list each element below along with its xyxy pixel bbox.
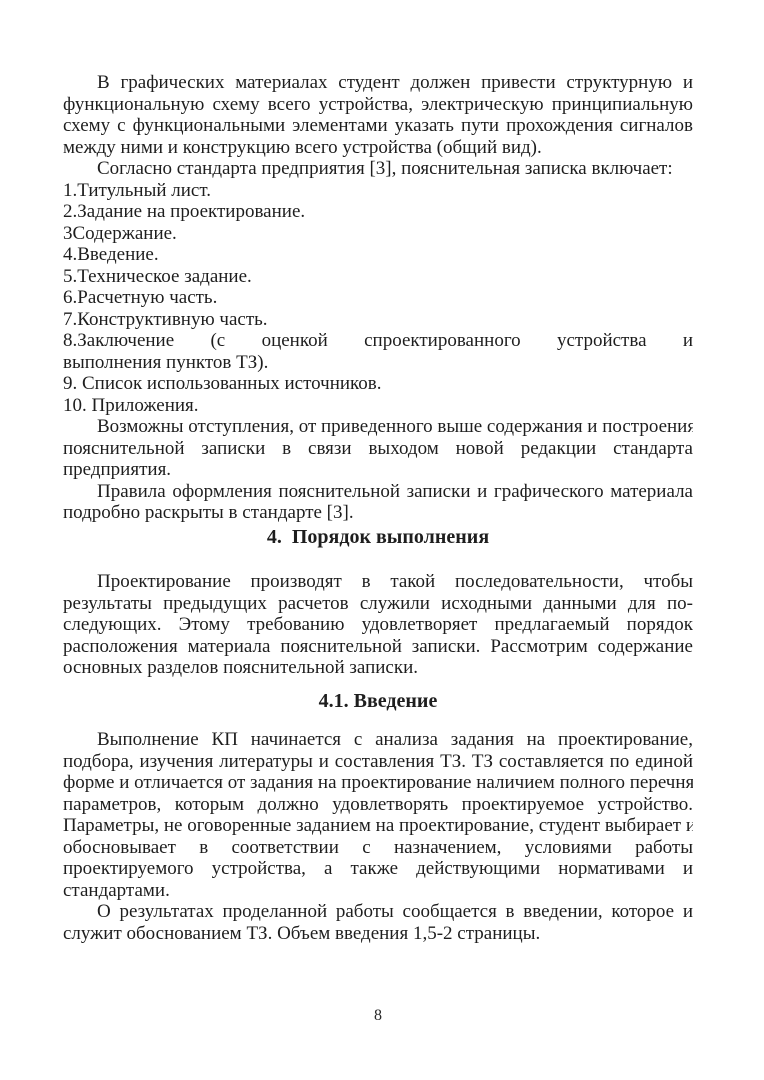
text-line: подробно раскрыты в стандарте [3]. xyxy=(63,502,693,524)
paragraph-standard-includes: Согласно стандарта предприятия [3], пояс… xyxy=(63,158,693,180)
text-line: Проектирование производят в такой послед… xyxy=(63,571,693,593)
text-line: 5.Техническое задание. xyxy=(63,266,693,288)
paragraph-graphic-materials: В графических материалах студент должен … xyxy=(63,72,693,158)
paragraph-design-sequence: Проектирование производят в такой послед… xyxy=(63,571,693,679)
text-line: 9. Список использованных источников. xyxy=(63,373,693,395)
text-line: предприятия. xyxy=(63,459,693,481)
text-line: функциональную схему всего устройства, э… xyxy=(63,94,693,116)
text-line: подбора, изучения литературы и составлен… xyxy=(63,751,693,773)
text-line: расположения материала пояснительной зап… xyxy=(63,636,693,658)
text-line: результаты предыдущих расчетов служили и… xyxy=(63,593,693,615)
list-item-8: 8.Заключение (с оценкой спроектированног… xyxy=(63,330,693,373)
paragraph-results-introduction: О результатах проделанной работы сообщае… xyxy=(63,901,693,944)
text-line: форме и отличается от задания на проекти… xyxy=(63,772,693,794)
text-line: между ними и конструкцию всего устройств… xyxy=(63,137,693,159)
text-line: следующих. Этому требованию удовлетворяе… xyxy=(63,614,693,636)
text-line: 7.Конструктивную часть. xyxy=(63,309,693,331)
text-line: проектируемого устройства, а также дейст… xyxy=(63,858,693,880)
text-line: Правила оформления пояснительной записки… xyxy=(63,481,693,503)
text-line: Возможны отступления, от приведенного вы… xyxy=(63,416,693,438)
text-line: 10. Приложения. xyxy=(63,395,693,417)
text-line: 1.Титульный лист. xyxy=(63,180,693,202)
text-line: выполнения пунктов ТЗ). xyxy=(63,352,693,374)
paragraph-deviations: Возможны отступления, от приведенного вы… xyxy=(63,416,693,481)
list-items-1-7: 1.Титульный лист.2.Задание на проектиров… xyxy=(63,180,693,331)
text-line: О результатах проделанной работы сообщае… xyxy=(63,901,693,923)
page-number: 8 xyxy=(63,1007,693,1025)
text-line: параметров, которым должно удовлетворять… xyxy=(63,794,693,816)
text-line: служит обоснованием ТЗ. Объем введения 1… xyxy=(63,923,693,945)
text-line: 3Содержание. xyxy=(63,223,693,245)
text-line: Параметры, не оговоренные заданием на пр… xyxy=(63,815,693,837)
text-line: 6.Расчетную часть. xyxy=(63,287,693,309)
document-body: В графических материалах студент должен … xyxy=(63,72,693,1025)
text-line: стандартами. xyxy=(63,880,693,902)
text-line: обосновывает в соответствии с назначение… xyxy=(63,837,693,859)
text-line: 4.Введение. xyxy=(63,244,693,266)
text-line: Согласно стандарта предприятия [3], пояс… xyxy=(63,158,693,180)
text-line: схему с функциональными элементами указа… xyxy=(63,115,693,137)
list-items-9-10: 9. Список использованных источников.10. … xyxy=(63,373,693,416)
text-line: 8.Заключение (с оценкой спроектированног… xyxy=(63,330,693,352)
paragraph-formatting-rules: Правила оформления пояснительной записки… xyxy=(63,481,693,524)
text-line: В графических материалах студент должен … xyxy=(63,72,693,94)
subsection-heading-4-1-introduction: 4.1. Введение xyxy=(63,691,693,713)
paragraph-kp-execution: Выполнение КП начинается с анализа задан… xyxy=(63,729,693,901)
text-line: Выполнение КП начинается с анализа задан… xyxy=(63,729,693,751)
text-line: основных разделов пояснительной записки. xyxy=(63,657,693,679)
text-line: 2.Задание на проектирование. xyxy=(63,201,693,223)
document-page: В графических материалах студент должен … xyxy=(0,0,764,1080)
section-heading-4-order-of-execution: 4. Порядок выполнения xyxy=(63,527,693,549)
text-line: пояснительной записки в связи выходом но… xyxy=(63,438,693,460)
